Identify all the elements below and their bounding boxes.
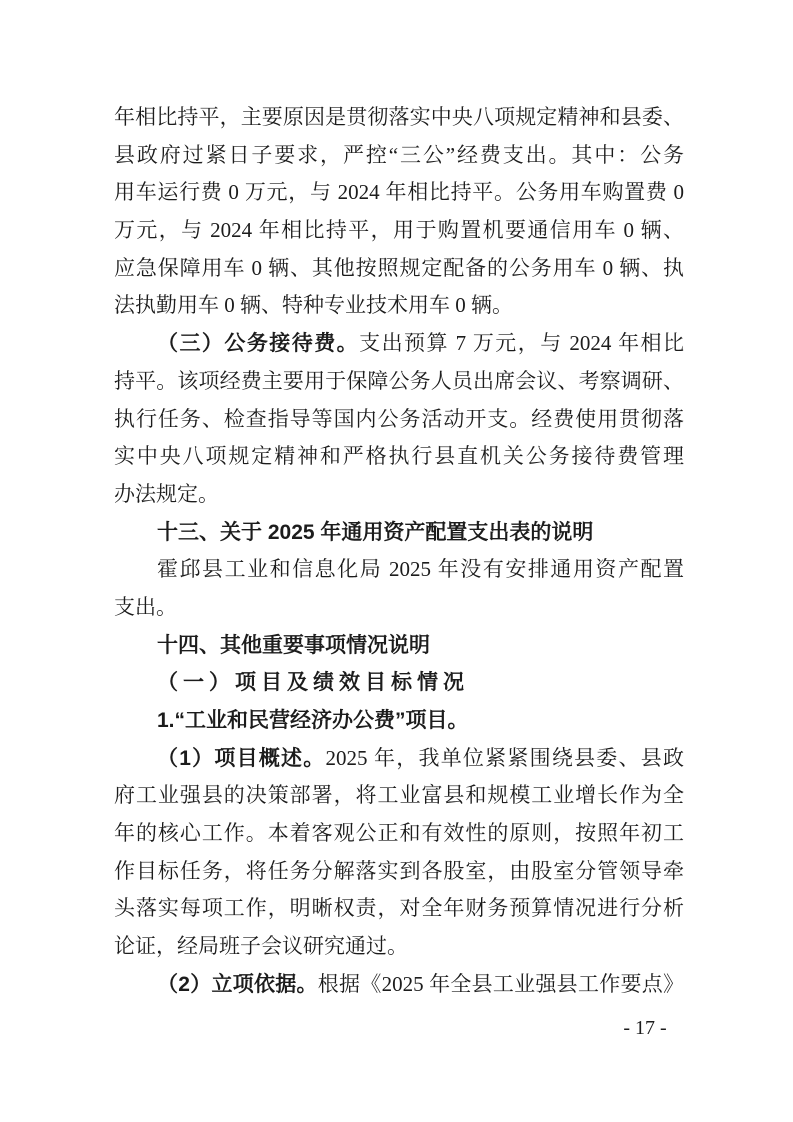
text-line: 十四、其他重要事项情况说明 [114,627,684,665]
heading-text: 十三、关于 2025 年通用资产配置支出表的说明 [157,521,593,544]
heading-text: 1.“工业和民营经济办公费”项目。 [157,709,469,732]
body-text: 2025 年，我单位紧紧围绕县委、县政 [326,746,684,770]
text-line: 论证，经局班子会议研究通过。 [114,928,684,966]
text-line: 持平。该项经费主要用于保障公务人员出席会议、考察调研、 [114,363,684,401]
text-line: 年的核心工作。本着客观公正和有效性的原则，按照年初工 [114,815,684,853]
body-text: 支出预算 7 万元，与 2024 年相比 [359,331,684,355]
heading-text: 十四、其他重要事项情况说明 [157,634,430,657]
body-text: 霍邱县工业和信息化局 2025 年没有安排通用资产配置 [157,557,684,581]
body-text: 县政府过紧日子要求，严控“三公”经费支出。其中：公务 [114,143,684,167]
body-text: 万元，与 2024 年相比持平，用于购置机要通信用车 0 辆、 [114,218,684,242]
text-line: 霍邱县工业和信息化局 2025 年没有安排通用资产配置 [114,551,684,589]
body-text: 支出。 [114,595,177,619]
body-text: 实中央八项规定精神和严格执行县直机关公务接待费管理 [114,444,684,468]
text-line: 用车运行费 0 万元，与 2024 年相比持平。公务用车购置费 0 [114,174,684,212]
text-line: 法执勤用车 0 辆、特种专业技术用车 0 辆。 [114,287,684,325]
document-body: 年相比持平，主要原因是贯彻落实中央八项规定精神和县委、县政府过紧日子要求，严控“… [114,99,684,1004]
text-line: （一）项目及绩效目标情况 [114,664,684,702]
heading-text: （1）项目概述。 [157,747,326,770]
body-text: 持平。该项经费主要用于保障公务人员出席会议、考察调研、 [114,369,684,393]
text-line: 年相比持平，主要原因是贯彻落实中央八项规定精神和县委、 [114,99,684,137]
body-text: 府工业强县的决策部署，将工业富县和规模工业增长作为全 [114,783,684,807]
body-text: 法执勤用车 0 辆、特种专业技术用车 0 辆。 [114,293,513,317]
body-text: 年相比持平，主要原因是贯彻落实中央八项规定精神和县委、 [114,105,684,129]
heading-text: （一）项目及绩效目标情况 [157,670,469,694]
document-page: 年相比持平，主要原因是贯彻落实中央八项规定精神和县委、县政府过紧日子要求，严控“… [0,0,793,1122]
body-text: 根据《2025 年全县工业强县工作要点》 [318,972,684,996]
body-text: 办法规定。 [114,482,219,506]
body-text: 应急保障用车 0 辆、其他按照规定配备的公务用车 0 辆、执 [114,256,684,280]
text-line: 万元，与 2024 年相比持平，用于购置机要通信用车 0 辆、 [114,212,684,250]
heading-text: （2）立项依据。 [157,973,318,996]
text-line: 十三、关于 2025 年通用资产配置支出表的说明 [114,514,684,552]
body-text: 头落实每项工作，明晰权责，对全年财务预算情况进行分析 [114,896,684,920]
heading-text: （三）公务接待费。 [157,332,359,355]
text-line: 1.“工业和民营经济办公费”项目。 [114,702,684,740]
text-line: （1）项目概述。2025 年，我单位紧紧围绕县委、县政 [114,740,684,778]
text-line: 支出。 [114,589,684,627]
text-line: 办法规定。 [114,476,684,514]
body-text: 作目标任务，将任务分解落实到各股室，由股室分管领导牵 [114,859,684,883]
body-text: 用车运行费 0 万元，与 2024 年相比持平。公务用车购置费 0 [114,180,684,204]
text-line: （2）立项依据。根据《2025 年全县工业强县工作要点》 [114,966,684,1004]
body-text: 论证，经局班子会议研究通过。 [114,934,408,958]
body-text: 执行任务、检查指导等国内公务活动开支。经费使用贯彻落 [114,407,684,431]
text-line: 实中央八项规定精神和严格执行县直机关公务接待费管理 [114,438,684,476]
text-line: 县政府过紧日子要求，严控“三公”经费支出。其中：公务 [114,137,684,175]
text-line: 执行任务、检查指导等国内公务活动开支。经费使用贯彻落 [114,401,684,439]
body-text: 年的核心工作。本着客观公正和有效性的原则，按照年初工 [114,821,684,845]
page-number: - 17 - [600,1017,690,1040]
text-line: 头落实每项工作，明晰权责，对全年财务预算情况进行分析 [114,890,684,928]
text-line: 府工业强县的决策部署，将工业富县和规模工业增长作为全 [114,777,684,815]
text-line: （三）公务接待费。支出预算 7 万元，与 2024 年相比 [114,325,684,363]
text-line: 作目标任务，将任务分解落实到各股室，由股室分管领导牵 [114,853,684,891]
text-line: 应急保障用车 0 辆、其他按照规定配备的公务用车 0 辆、执 [114,250,684,288]
